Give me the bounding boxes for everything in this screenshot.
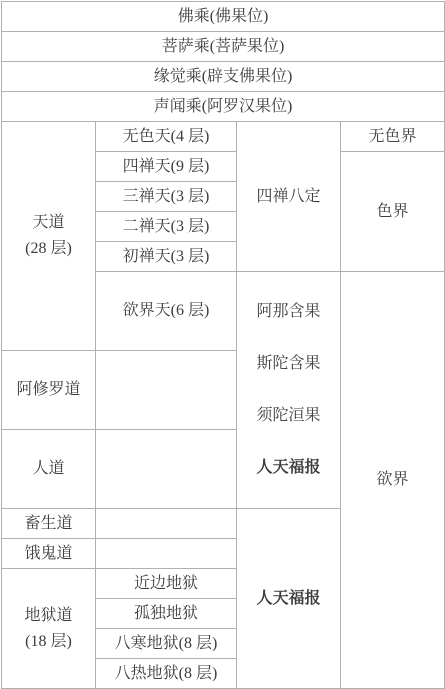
cell-vehicle-sravaka: 声闻乘(阿罗汉果位) [2,92,445,122]
row-vehicle-sravaka: 声闻乘(阿罗汉果位) [2,92,445,122]
fruit-human-heaven-blessing: 人天福报 [239,455,338,481]
cell-world-formless: 无色界 [341,122,445,152]
fruit-anagami: 阿那含果 [239,299,338,325]
row-vehicle-bodhisattva: 菩萨乘(菩萨果位) [2,32,445,62]
cell-ghost-path: 饿鬼道 [2,539,96,569]
cell-vehicle-pratyeka: 缘觉乘(辟支佛果位) [2,62,445,92]
cell-hell-level-cold: 八寒地狱(8 层) [96,629,237,659]
cell-heaven-level-dhyana2: 二禅天(3 层) [96,212,237,242]
cell-empty-human [96,430,237,509]
cell-hell-level-near: 近边地狱 [96,569,237,599]
cell-asura-path: 阿修罗道 [2,351,96,430]
cell-empty-animal [96,509,237,539]
buddhist-cosmology-table: 佛乘(佛果位) 菩萨乘(菩萨果位) 缘觉乘(辟支佛果位) 声闻乘(阿罗汉果位) … [1,1,445,689]
fruit-sotapanna: 须陀洹果 [239,403,338,429]
cell-hell-path: 地狱道 (18 层) [2,569,96,689]
cell-human-path: 人道 [2,430,96,509]
cell-four-dhyana: 四禅八定 [237,122,341,272]
row-vehicle-pratyeka: 缘觉乘(辟支佛果位) [2,62,445,92]
cell-hell-level-solitary: 孤独地狱 [96,599,237,629]
cell-fruits: 阿那含果 斯陀含果 须陀洹果 人天福报 [237,272,341,509]
cell-world-desire: 欲界 [341,272,445,689]
cell-empty-asura [96,351,237,430]
fruit-sakadagami: 斯陀含果 [239,351,338,377]
cell-animal-path: 畜生道 [2,509,96,539]
cell-heaven-level-dhyana4: 四禅天(9 层) [96,152,237,182]
cell-heaven-level-desire: 欲界天(6 层) [96,272,237,351]
cell-heaven-level-dhyana3: 三禅天(3 层) [96,182,237,212]
cell-vehicle-bodhisattva: 菩萨乘(菩萨果位) [2,32,445,62]
cell-heaven-path: 天道 (28 层) [2,122,96,351]
cell-world-form: 色界 [341,152,445,272]
cell-human-heaven-blessing: 人天福报 [237,509,341,689]
row-heaven-formless: 天道 (28 层) 无色天(4 层) 四禅八定 无色界 [2,122,445,152]
cell-heaven-level-formless: 无色天(4 层) [96,122,237,152]
cell-heaven-level-dhyana1: 初禅天(3 层) [96,242,237,272]
cell-hell-level-hot: 八热地狱(8 层) [96,659,237,689]
cell-empty-ghost [96,539,237,569]
cell-vehicle-buddha: 佛乘(佛果位) [2,2,445,32]
row-vehicle-buddha: 佛乘(佛果位) [2,2,445,32]
